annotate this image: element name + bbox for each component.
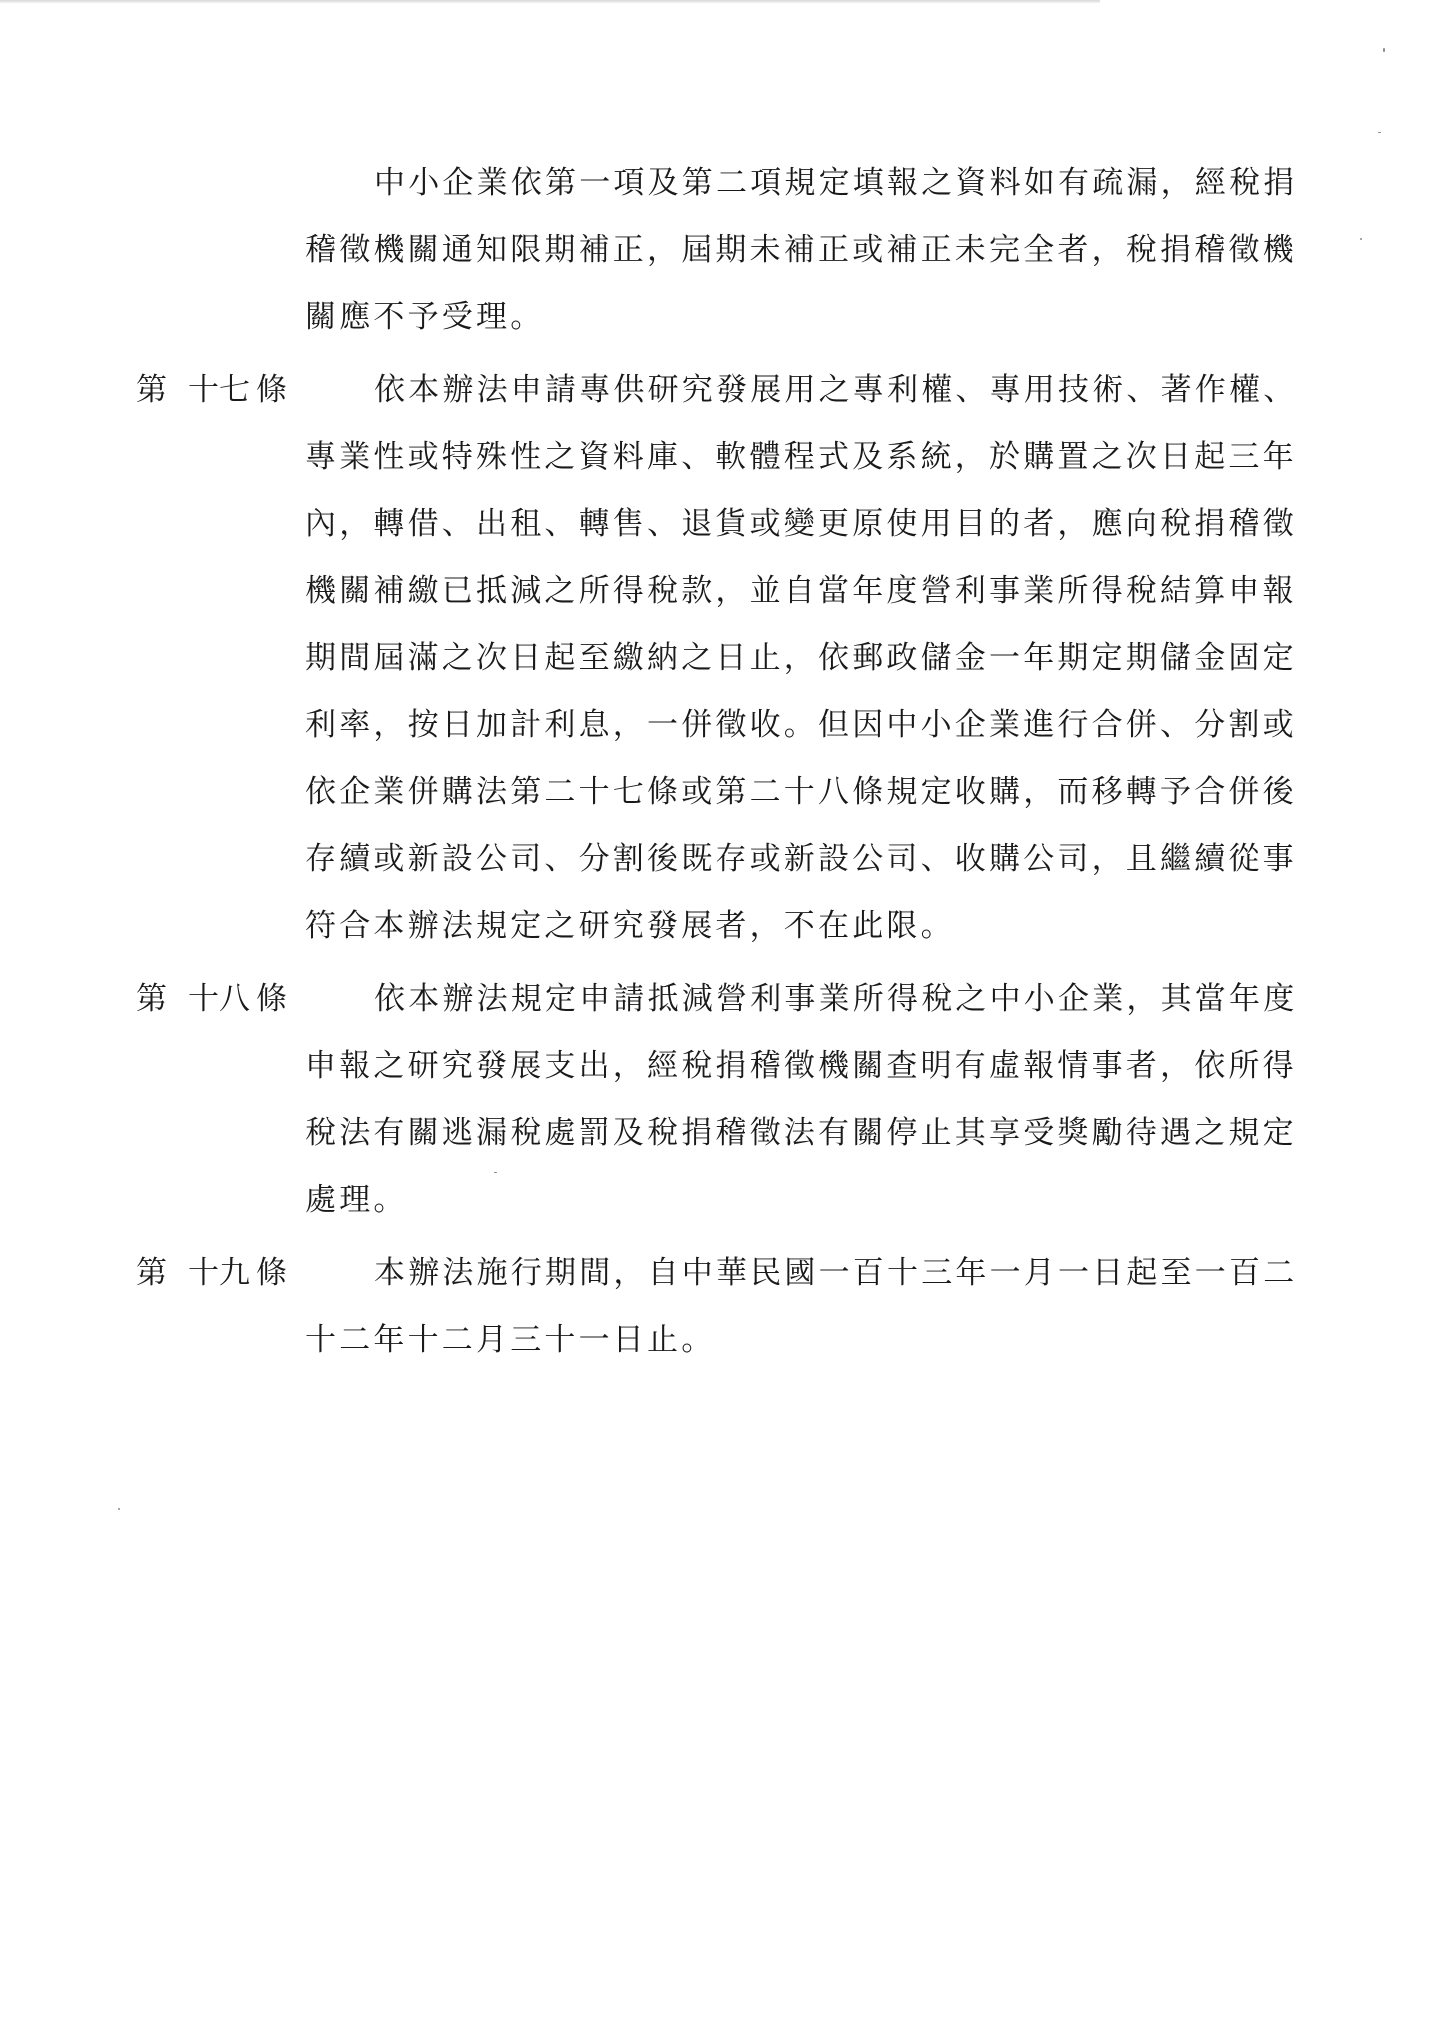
article-line: 處理。 — [305, 1180, 408, 1220]
article-label: 第十九條 — [136, 1253, 308, 1293]
scan-speck — [1378, 132, 1381, 133]
article-line: 依本辦法規定申請抵減營利事業所得稅之中小企業，其當年度 — [374, 979, 1297, 1019]
article-line: 期間屆滿之次日起至繳納之日止，依郵政儲金一年期定期儲金固定 — [305, 638, 1297, 678]
article-label: 第十八條 — [136, 979, 308, 1019]
article-line: 專業性或特殊性之資料庫、軟體程式及系統，於購置之次日起三年 — [305, 437, 1297, 477]
article-line: 利率，按日加計利息，一併徵收。但因中小企業進行合併、分割或 — [305, 705, 1297, 745]
paragraph-line: 關應不予受理。 — [305, 297, 544, 337]
scan-speck — [1360, 238, 1362, 240]
article-line: 內，轉借、出租、轉售、退貨或變更原使用目的者，應向稅捐稽徵 — [305, 504, 1297, 544]
article-line: 依企業併購法第二十七條或第二十八條規定收購，而移轉予合併後 — [305, 772, 1297, 812]
article-line: 申報之研究發展支出，經稅捐稽徵機關查明有虛報情事者，依所得 — [305, 1046, 1297, 1086]
scan-speck — [118, 1508, 120, 1510]
article-line: 十二年十二月三十一日止。 — [305, 1320, 715, 1360]
article-line: 稅法有關逃漏稅處罰及稅捐稽徵法有關停止其享受獎勵待遇之規定 — [305, 1113, 1297, 1153]
article-line: 機關補繳已抵減之所得稅款，並自當年度營利事業所得稅結算申報 — [305, 571, 1297, 611]
article-label: 第十七條 — [136, 370, 308, 410]
article-line: 存續或新設公司、分割後既存或新設公司、收購公司，且繼續從事 — [305, 839, 1297, 879]
scan-speck — [1383, 48, 1385, 52]
paragraph-line: 中小企業依第一項及第二項規定填報之資料如有疏漏，經稅捐 — [374, 163, 1297, 203]
article-line: 依本辦法申請專供研究發展用之專利權、專用技術、著作權、 — [374, 370, 1297, 410]
scan-edge — [0, 0, 1100, 3]
article-line: 符合本辦法規定之研究發展者，不在此限。 — [305, 906, 955, 946]
paragraph-line: 稽徵機關通知限期補正，屆期未補正或補正未完全者，稅捐稽徵機 — [305, 230, 1297, 270]
article-line: 本辦法施行期間，自中華民國一百十三年一月一日起至一百二 — [374, 1253, 1297, 1293]
scan-speck — [494, 1172, 497, 1173]
